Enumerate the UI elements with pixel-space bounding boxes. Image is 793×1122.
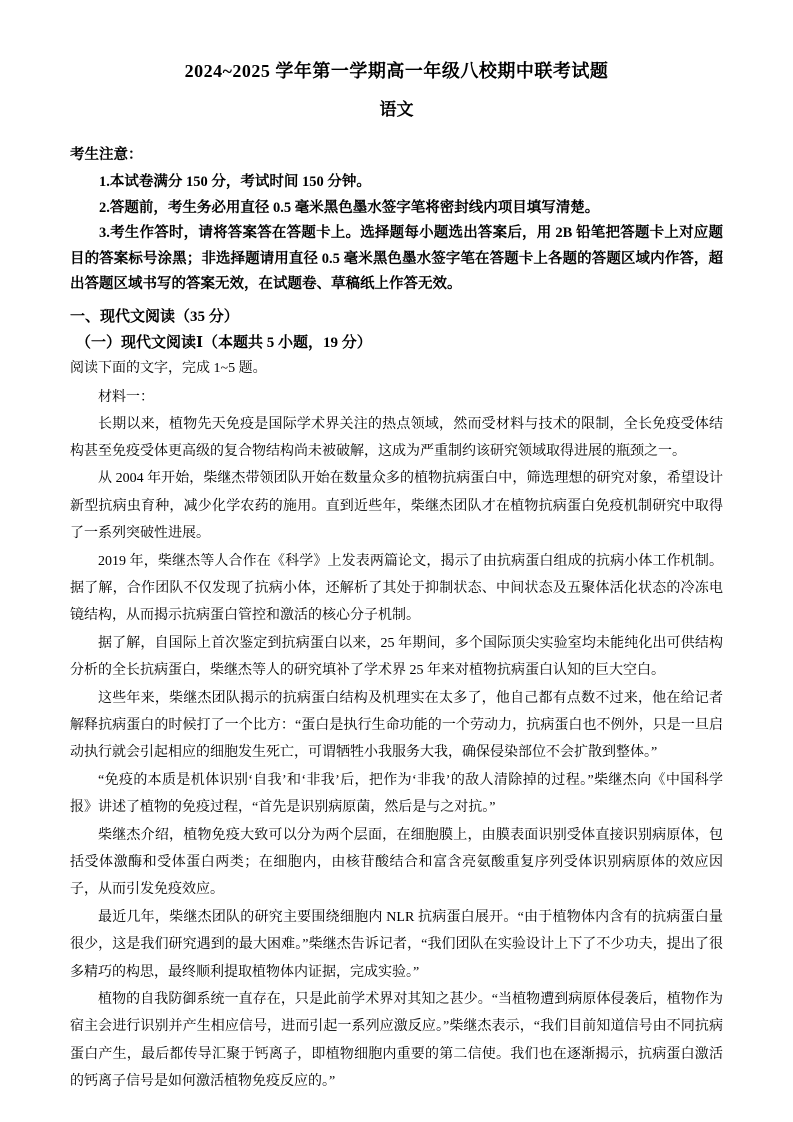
exam-title: 2024~2025 学年第一学期高一年级八校期中联考试题 [70, 58, 723, 84]
material-paragraph: 2019 年，柴继杰等人合作在《科学》上发表两篇论文，揭示了由抗病蛋白组成的抗病… [70, 548, 723, 630]
material-paragraph: 这些年来，柴继杰团队揭示的抗病蛋白结构及机理实在太多了，他自己都有点数不过来，他… [70, 685, 723, 767]
notice-item-1: 1.本试卷满分 150 分，考试时间 150 分钟。 [70, 170, 723, 196]
material-paragraph: 最近几年，柴继杰团队的研究主要围绕细胞内 NLR 抗病蛋白展开。“由于植物体内含… [70, 904, 723, 986]
document-page: 2024~2025 学年第一学期高一年级八校期中联考试题 语文 考生注意： 1.… [0, 0, 793, 1122]
notice-label: 考生注意： [70, 142, 723, 168]
material-paragraph: “免疫的本质是机体识别‘自我’和‘非我’后，把作为‘非我’的敌人清除掉的过程。”… [70, 767, 723, 822]
exam-subject: 语文 [70, 98, 723, 122]
material-label: 材料一： [70, 385, 723, 411]
material-paragraph: 从 2004 年开始，柴继杰带领团队开始在数量众多的植物抗病蛋白中，筛选理想的研… [70, 465, 723, 547]
notice-item-3: 3.考生作答时，请将答案答在答题卡上。选择题每小题选出答案后，用 2B 铅笔把答… [70, 221, 723, 298]
section-subheading: （一）现代文阅读Ⅰ（本题共 5 小题，19 分） [70, 330, 723, 356]
material-paragraph: 据了解，自国际上首次鉴定到抗病蛋白以来，25 年期间，多个国际顶尖实验室均未能纯… [70, 630, 723, 685]
material-paragraph: 长期以来，植物先天免疫是国际学术界关注的热点领域，然而受材料与技术的限制，全长免… [70, 411, 723, 466]
material-paragraph: 柴继杰介绍，植物免疫大致可以分为两个层面，在细胞膜上，由膜表面识别受体直接识别病… [70, 822, 723, 904]
notice-block: 考生注意： 1.本试卷满分 150 分，考试时间 150 分钟。 2.答题前，考… [70, 142, 723, 298]
notice-item-2: 2.答题前，考生务必用直径 0.5 毫米黑色墨水签字笔将密封线内项目填写清楚。 [70, 196, 723, 222]
material-paragraph: 植物的自我防御系统一直存在，只是此前学术界对其知之甚少。“当植物遭到病原体侵袭后… [70, 986, 723, 1096]
section-instruction: 阅读下面的文字，完成 1~5 题。 [70, 356, 723, 381]
material-one-block: 材料一： 长期以来，植物先天免疫是国际学术界关注的热点领域，然而受材料与技术的限… [70, 385, 723, 1096]
section-modern-reading: 一、现代文阅读（35 分） （一）现代文阅读Ⅰ（本题共 5 小题，19 分） 阅… [70, 304, 723, 381]
exam-paper-page: { "header": { "title": "2024~2025 学年第一学期… [0, 0, 793, 1122]
section-heading: 一、现代文阅读（35 分） [70, 304, 723, 330]
